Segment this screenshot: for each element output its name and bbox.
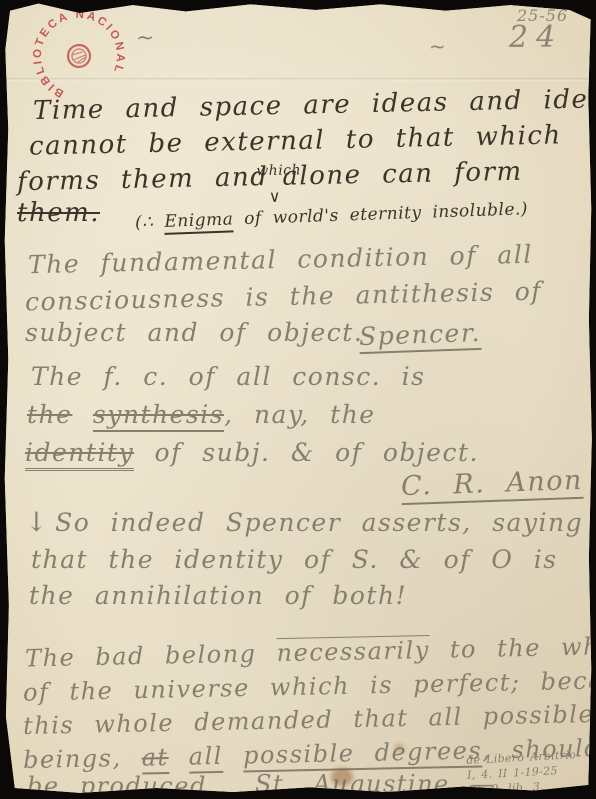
spencer-attribution: Spencer. (359, 318, 482, 351)
aside-text: (∴ (135, 212, 165, 233)
signature-text: C. R. Anon (401, 465, 584, 505)
pencil-text: this whole demanded that all possible (23, 700, 595, 740)
assert-note-line: ↓So indeed Spencer asserts, saying (25, 507, 583, 538)
pencil-text: So indeed Spencer asserts, saying (55, 508, 583, 537)
augustine-note-line: this whole demanded that all possible (23, 700, 595, 740)
manuscript-scan: { "colors":{ "paper":"#e9dfc8","ink":"#3… (0, 0, 596, 799)
underlined-word: all (188, 742, 223, 774)
inserted-word: which (256, 162, 301, 179)
pencil-text: the annihilation of both! (29, 581, 407, 610)
anon-note-line: identity of subj. & of object. (25, 438, 479, 467)
ink-note-text: forms them and (17, 162, 269, 197)
paper-stain (331, 768, 353, 786)
augustine-attribution: St. Augustine — (255, 770, 495, 798)
pencil-text: consciousness is the antithesis of (25, 277, 543, 317)
augustine-note-line: be produced. (27, 772, 216, 799)
pencil-text (72, 400, 92, 429)
anon-signature: C. R. Anon (401, 465, 584, 502)
stray-pencil-mark: ~ (136, 26, 154, 51)
pencil-text: of the universe which is perfect; becaus… (23, 665, 596, 706)
pencil-text: , nay, the (224, 400, 376, 429)
ink-note-line: cannot be external to that which (29, 120, 562, 161)
pencil-text: The fundamental condition of all (28, 240, 533, 280)
down-arrow-icon: ↓ (25, 507, 49, 538)
caret-icon: ∨ (269, 187, 283, 206)
struck-underlined-word: synthesis (93, 400, 224, 432)
pencil-text: The bad belong (25, 639, 277, 672)
paper-sheet: BIBLIOTECA NACIONAL 25-56 24 ~ ~ Time an… (3, 2, 593, 796)
struck-word: the (27, 400, 72, 429)
pencil-text: beings, (23, 744, 142, 774)
pencil-text: to the whole (429, 632, 596, 664)
augustine-note-line: of the universe which is perfect; becaus… (23, 665, 596, 706)
pencil-text: subject and of object. (25, 318, 363, 347)
assert-note-line: the annihilation of both! (29, 581, 407, 610)
pencil-text: of subj. & of object. (134, 438, 479, 467)
ink-note-line: forms them and∨whichalone can form (17, 157, 523, 198)
augustine-citation: de Libero Arbitrio I, 4. II 1-19-25 III,… (466, 747, 578, 798)
attribution-text: St. Augustine — (255, 770, 495, 798)
assert-note-line: that the identity of S. & of O is (31, 545, 558, 574)
ink-note-line: Time and space are ideas and ideas (33, 84, 596, 126)
paper-stain (395, 744, 404, 752)
underlined-word: degrees (354, 736, 482, 770)
augustine-note-line: The bad belong necessarily to the whole (25, 632, 596, 673)
pencil-text: that the identity of S. & of O is (31, 545, 558, 574)
ink-note-text: cannot be external to that which (29, 120, 562, 161)
ink-note-line: them. (17, 198, 100, 228)
page-number: 24 (509, 20, 563, 55)
anon-note-line: the synthesis, nay, the (27, 400, 376, 429)
pencil-text (168, 743, 189, 771)
spencer-note-line: consciousness is the antithesis of (25, 277, 543, 317)
pencil-text: be produced. (27, 772, 216, 799)
spencer-note-line: subject and of object. (25, 318, 363, 347)
struck-underlined-word: identity (25, 438, 134, 471)
overlined-word: necessarily (276, 635, 430, 667)
aside-enigma: Enigma (164, 209, 234, 234)
pencil-text: The f. c. of all consc. is (31, 362, 425, 391)
ink-note-text: Time and space are ideas and ideas (33, 84, 596, 126)
ink-note-text: alone can form (282, 157, 523, 192)
struck-underlined-word: at (141, 743, 169, 775)
attribution-text: Spencer. (359, 318, 482, 354)
pencil-text (223, 741, 244, 769)
ink-aside: (∴ Enigma of world's eternity insoluble.… (135, 199, 529, 233)
spencer-note-line: The fundamental condition of all (28, 240, 533, 280)
stray-pencil-mark: ~ (429, 34, 446, 58)
ink-note-text: them. (17, 198, 100, 228)
anon-note-line: The f. c. of all consc. is (31, 362, 425, 391)
